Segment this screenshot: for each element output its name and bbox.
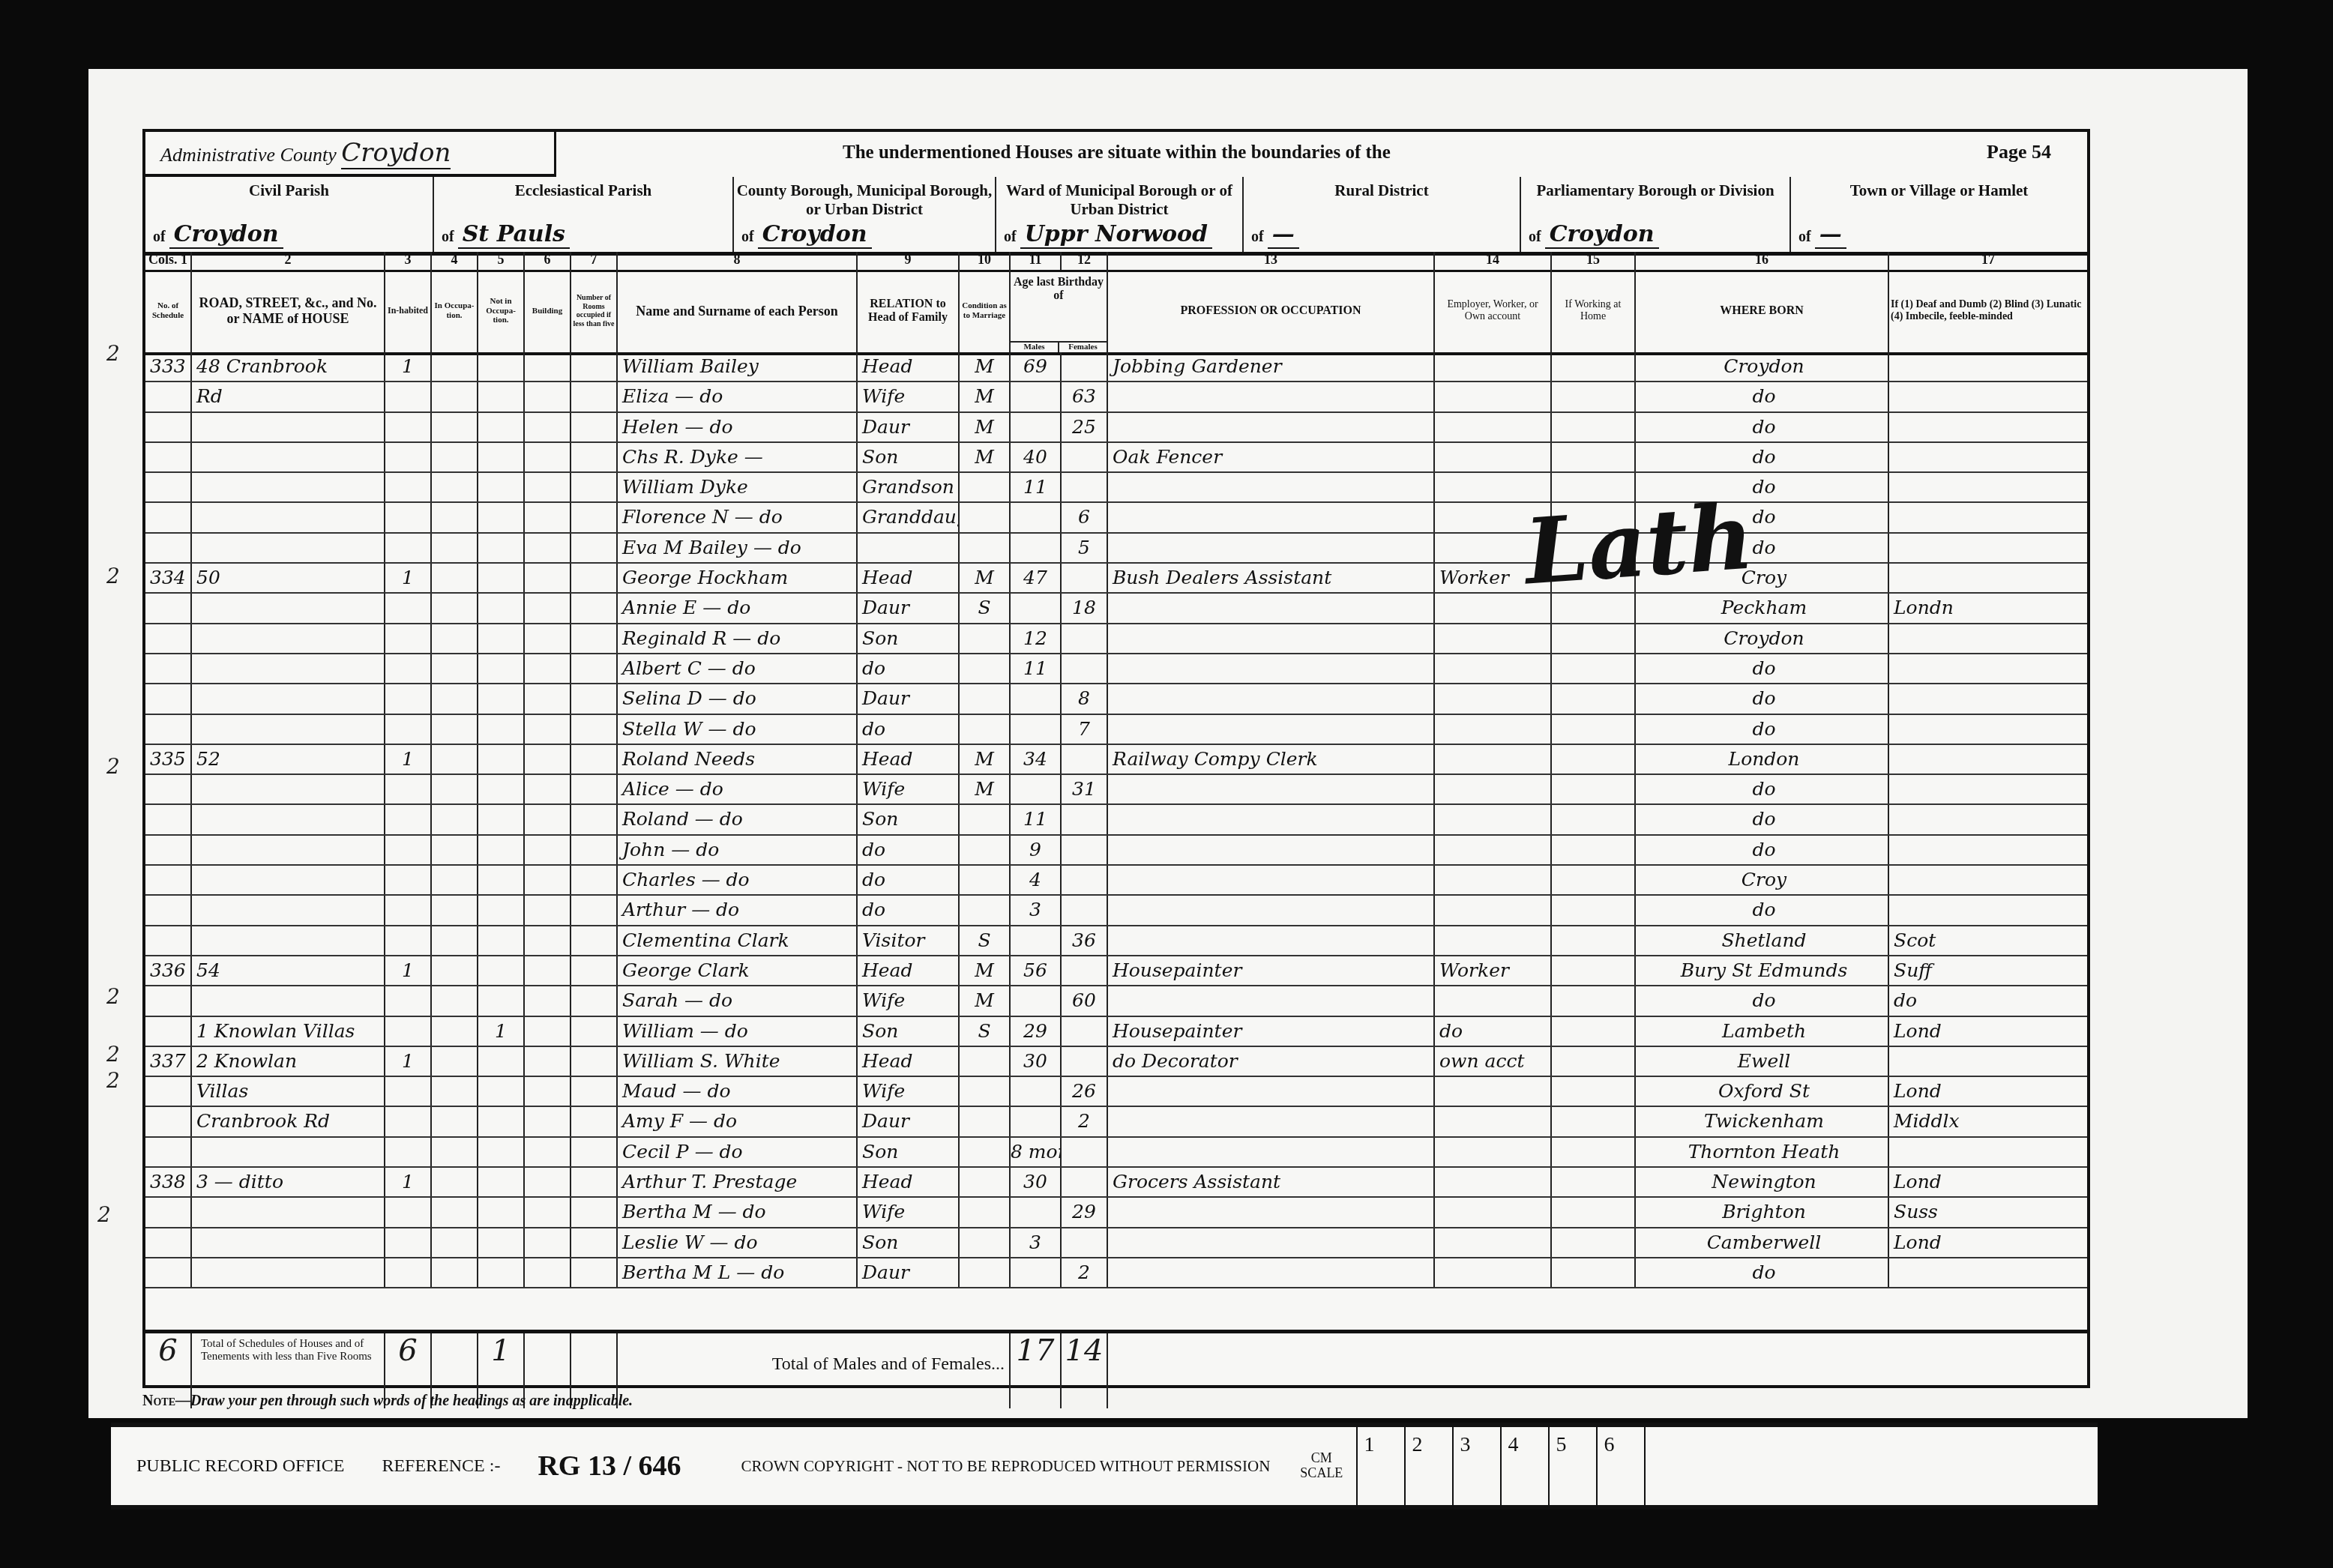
female-age-cell: [1062, 564, 1108, 592]
working-home-cell: [1552, 1107, 1636, 1136]
in-occupation-cell: [432, 956, 478, 985]
town-village-hamlet: Town or Village or Hamlet of —: [1791, 177, 2087, 252]
inhabited-cell: [385, 1017, 432, 1046]
occupation-cell: [1108, 413, 1435, 441]
name-cell: Stella W — do: [618, 715, 858, 744]
address-cell: Cranbrook Rd: [192, 1107, 385, 1136]
working-home-cell: [1552, 715, 1636, 744]
working-home-cell: [1552, 413, 1636, 441]
infirmity-cell: [1889, 413, 2087, 441]
employer-cell: [1435, 1107, 1552, 1136]
female-age-cell: [1062, 1017, 1108, 1046]
in-occupation-cell: [432, 1047, 478, 1076]
working-home-cell: [1552, 1228, 1636, 1257]
inhabited-cell: 1: [385, 352, 432, 381]
column-headers: No. of Schedule ROAD, STREET, &c., and N…: [145, 270, 2087, 355]
col-num: 6: [525, 252, 571, 270]
rooms-cell: [571, 805, 618, 833]
occupation-cell: [1108, 1198, 1435, 1226]
schedule-cell: [145, 715, 192, 744]
working-home-cell: [1552, 1168, 1636, 1196]
occupation-cell: [1108, 382, 1435, 411]
female-age-cell: 29: [1062, 1198, 1108, 1226]
condition-cell: [960, 1168, 1011, 1196]
division-value: —: [1268, 221, 1299, 249]
male-age-cell: 4: [1011, 866, 1062, 894]
building-cell: [525, 684, 571, 713]
building-cell: [525, 1168, 571, 1196]
in-occupation-cell: [432, 654, 478, 683]
inhabited-cell: [385, 1198, 432, 1226]
in-occupation-cell: [432, 352, 478, 381]
working-home-cell: [1552, 745, 1636, 774]
occupation-cell: [1108, 986, 1435, 1015]
relation-cell: Son: [858, 1228, 960, 1257]
rooms-cell: [571, 443, 618, 471]
condition-cell: [960, 805, 1011, 833]
inhabited-cell: [385, 805, 432, 833]
address-cell: [192, 1228, 385, 1257]
header-address: ROAD, STREET, &c., and No. or NAME of HO…: [192, 270, 385, 352]
male-age-cell: 9: [1011, 836, 1062, 864]
margin-mark: 2: [106, 341, 120, 366]
occupation-cell: Housepainter: [1108, 956, 1435, 985]
employer-cell: [1435, 1258, 1552, 1287]
female-age-cell: [1062, 836, 1108, 864]
admin-county-label: Administrative County: [160, 144, 337, 166]
relation-cell: Wife: [858, 986, 960, 1015]
name-cell: Reginald R — do: [618, 624, 858, 653]
rooms-cell: [571, 775, 618, 803]
male-age-cell: 3: [1011, 1228, 1062, 1257]
schedule-cell: 334: [145, 564, 192, 592]
scale-label: CMSCALE: [1300, 1451, 1343, 1481]
rooms-cell: [571, 503, 618, 531]
margin-mark: 2: [106, 1042, 120, 1067]
header-occupation: PROFESSION OR OCCUPATION: [1108, 270, 1435, 352]
note-text: —Draw your pen through such words of the…: [175, 1393, 633, 1409]
not-in-occupation-cell: [478, 654, 525, 683]
infirmity-cell: [1889, 775, 2087, 803]
form-title: The undermentioned Houses are situate wi…: [843, 142, 1391, 163]
address-cell: 48 Cranbrook: [192, 352, 385, 381]
inhabited-cell: 1: [385, 956, 432, 985]
occupation-cell: [1108, 775, 1435, 803]
working-home-cell: [1552, 805, 1636, 833]
males-label: Males: [1011, 343, 1059, 352]
address-cell: [192, 1198, 385, 1226]
where-born-cell: do: [1636, 443, 1889, 471]
infirmity-cell: [1889, 352, 2087, 381]
occupation-cell: [1108, 836, 1435, 864]
not-in-occupation-cell: [478, 1077, 525, 1106]
building-cell: [525, 473, 571, 501]
building-cell: [525, 715, 571, 744]
male-age-cell: [1011, 1258, 1062, 1287]
footnote: Note—Draw your pen through such words of…: [142, 1393, 633, 1410]
employer-cell: [1435, 684, 1552, 713]
page-number: Page 54: [1987, 141, 2051, 163]
administrative-county: Administrative County Croydon: [145, 132, 556, 177]
infirmity-cell: [1889, 896, 2087, 924]
working-home-cell: [1552, 654, 1636, 683]
age-label: Age last Birthday of: [1011, 276, 1107, 304]
employer-cell: [1435, 382, 1552, 411]
margin-mark: 2: [106, 754, 120, 779]
female-age-cell: [1062, 443, 1108, 471]
table-row: 335521Roland NeedsHeadM34Railway Compy C…: [145, 745, 2087, 775]
where-born-cell: Ewell: [1636, 1047, 1889, 1076]
of-label: of: [1251, 229, 1264, 245]
not-in-occupation-cell: [478, 836, 525, 864]
occupation-cell: [1108, 926, 1435, 955]
occupation-cell: [1108, 534, 1435, 562]
occupation-cell: Oak Fencer: [1108, 443, 1435, 471]
division-label: Ecclesiastical Parish: [434, 181, 732, 200]
rooms-cell: [571, 896, 618, 924]
schedule-cell: 336: [145, 956, 192, 985]
name-cell: Annie E — do: [618, 594, 858, 622]
table-row: Stella W — dodo7do: [145, 715, 2087, 745]
where-born-cell: Shetland: [1636, 926, 1889, 955]
working-home-cell: [1552, 836, 1636, 864]
building-cell: [525, 775, 571, 803]
inhabited-cell: [385, 775, 432, 803]
rooms-cell: [571, 1198, 618, 1226]
condition-cell: [960, 1107, 1011, 1136]
header-condition: Condition as to Marriage: [960, 270, 1011, 352]
building-cell: [525, 594, 571, 622]
condition-cell: [960, 1228, 1011, 1257]
relation-cell: do: [858, 866, 960, 894]
rooms-cell: [571, 1107, 618, 1136]
name-cell: Roland Needs: [618, 745, 858, 774]
inhabited-cell: [385, 896, 432, 924]
where-born-cell: Newington: [1636, 1168, 1889, 1196]
building-cell: [525, 1228, 571, 1257]
division-value: Croydon: [1545, 221, 1659, 249]
in-occupation-cell: [432, 805, 478, 833]
of-label: of: [1004, 229, 1017, 245]
relation-cell: Son: [858, 1138, 960, 1166]
in-occupation-cell: [432, 1017, 478, 1046]
female-age-cell: 18: [1062, 594, 1108, 622]
name-cell: Albert C — do: [618, 654, 858, 683]
relation-cell: Son: [858, 443, 960, 471]
infirmity-cell: [1889, 473, 2087, 501]
name-cell: Chs R. Dyke —: [618, 443, 858, 471]
where-born-cell: Twickenham: [1636, 1107, 1889, 1136]
name-cell: Charles — do: [618, 866, 858, 894]
schedule-cell: [145, 684, 192, 713]
occupation-cell: Jobbing Gardener: [1108, 352, 1435, 381]
building-cell: [525, 1138, 571, 1166]
annotation-lath: Lath: [1521, 484, 1756, 606]
building-cell: [525, 654, 571, 683]
not-in-occupation-cell: [478, 684, 525, 713]
address-cell: [192, 473, 385, 501]
rooms-cell: [571, 413, 618, 441]
total-mf-label: Total of Males and of Females...: [618, 1333, 1011, 1408]
name-cell: Roland — do: [618, 805, 858, 833]
condition-cell: [960, 896, 1011, 924]
where-born-cell: Oxford St: [1636, 1077, 1889, 1106]
where-born-cell: do: [1636, 684, 1889, 713]
name-cell: Arthur — do: [618, 896, 858, 924]
margin-mark: 2: [106, 564, 120, 588]
name-cell: John — do: [618, 836, 858, 864]
employer-cell: [1435, 1228, 1552, 1257]
relation-cell: Granddaughter: [858, 503, 960, 531]
employer-cell: [1435, 1168, 1552, 1196]
not-in-occupation-cell: [478, 624, 525, 653]
building-cell: [525, 382, 571, 411]
female-age-cell: 2: [1062, 1107, 1108, 1136]
name-cell: Alice — do: [618, 775, 858, 803]
in-occupation-cell: [432, 715, 478, 744]
occupation-cell: [1108, 1138, 1435, 1166]
inhabited-cell: [385, 866, 432, 894]
not-in-occupation-cell: [478, 775, 525, 803]
relation-cell: Visitor: [858, 926, 960, 955]
female-age-cell: [1062, 473, 1108, 501]
inhabited-cell: [385, 443, 432, 471]
relation-cell: Daur: [858, 1107, 960, 1136]
working-home-cell: [1552, 1077, 1636, 1106]
employer-cell: [1435, 1077, 1552, 1106]
rooms-cell: [571, 594, 618, 622]
condition-cell: S: [960, 1017, 1011, 1046]
employer-cell: [1435, 715, 1552, 744]
infirmity-cell: [1889, 1258, 2087, 1287]
male-age-cell: 3: [1011, 896, 1062, 924]
building-cell: [525, 1047, 571, 1076]
table-body: 33348 Cranbrook1William BaileyHeadM69Job…: [145, 352, 2087, 1288]
schedule-cell: [145, 805, 192, 833]
ecclesiastical-parish: Ecclesiastical Parish of St Pauls: [434, 177, 734, 252]
table-row: Cranbrook RdAmy F — doDaur2TwickenhamMid…: [145, 1107, 2087, 1137]
name-cell: Amy F — do: [618, 1107, 858, 1136]
female-age-cell: [1062, 956, 1108, 985]
schedule-cell: [145, 534, 192, 562]
where-born-cell: do: [1636, 896, 1889, 924]
infirmity-cell: [1889, 443, 2087, 471]
inhabited-cell: [385, 684, 432, 713]
where-born-cell: Croy: [1636, 866, 1889, 894]
name-cell: William Dyke: [618, 473, 858, 501]
building-cell: [525, 745, 571, 774]
male-age-cell: 29: [1011, 1017, 1062, 1046]
working-home-cell: [1552, 1198, 1636, 1226]
scale-cell: 4: [1500, 1427, 1548, 1505]
address-cell: [192, 986, 385, 1015]
county-borough: County Borough, Municipal Borough, or Ur…: [734, 177, 996, 252]
male-age-cell: [1011, 382, 1062, 411]
working-home-cell: [1552, 866, 1636, 894]
female-age-cell: [1062, 745, 1108, 774]
females-label: Females: [1059, 343, 1107, 352]
in-occupation-cell: [432, 1107, 478, 1136]
in-occupation-cell: [432, 896, 478, 924]
header-inhabited: In-habited: [385, 270, 432, 352]
where-born-cell: do: [1636, 715, 1889, 744]
condition-cell: M: [960, 413, 1011, 441]
schedule-cell: [145, 594, 192, 622]
col-num: Cols. 1: [145, 252, 192, 270]
building-cell: [525, 1198, 571, 1226]
occupation-cell: [1108, 473, 1435, 501]
in-occupation-cell: [432, 1228, 478, 1257]
rooms-cell: [571, 986, 618, 1015]
working-home-cell: [1552, 956, 1636, 985]
schedule-cell: [145, 1077, 192, 1106]
relation-cell: Son: [858, 1017, 960, 1046]
relation-cell: Wife: [858, 1198, 960, 1226]
building-cell: [525, 986, 571, 1015]
address-cell: [192, 836, 385, 864]
name-cell: Maud — do: [618, 1077, 858, 1106]
employer-cell: [1435, 775, 1552, 803]
relation-cell: do: [858, 836, 960, 864]
occupation-cell: [1108, 503, 1435, 531]
division-label: County Borough, Municipal Borough, or Ur…: [734, 181, 995, 219]
male-age-cell: [1011, 775, 1062, 803]
infirmity-cell: Middlx: [1889, 1107, 2087, 1136]
rooms-cell: [571, 564, 618, 592]
male-age-cell: [1011, 1107, 1062, 1136]
col-num: 17: [1889, 252, 2087, 270]
occupation-cell: [1108, 715, 1435, 744]
name-cell: Clementina Clark: [618, 926, 858, 955]
female-age-cell: 5: [1062, 534, 1108, 562]
address-cell: [192, 715, 385, 744]
scale-cell: [1644, 1427, 1727, 1505]
of-label: of: [741, 229, 754, 245]
name-cell: Selina D — do: [618, 684, 858, 713]
female-age-cell: 2: [1062, 1258, 1108, 1287]
condition-cell: [960, 1077, 1011, 1106]
infirmity-cell: [1889, 503, 2087, 531]
male-age-cell: 30: [1011, 1168, 1062, 1196]
schedule-cell: [145, 1258, 192, 1287]
where-born-cell: Camberwell: [1636, 1228, 1889, 1257]
not-in-occupation-cell: [478, 413, 525, 441]
condition-cell: [960, 1047, 1011, 1076]
header-age: Age last Birthday of Males Females: [1011, 270, 1108, 352]
relation-cell: Head: [858, 564, 960, 592]
not-in-occupation-cell: [478, 594, 525, 622]
inhabited-cell: [385, 534, 432, 562]
table-row: 3372 Knowlan1William S. WhiteHead30do De…: [145, 1047, 2087, 1077]
female-age-cell: 31: [1062, 775, 1108, 803]
infirmity-cell: Lond: [1889, 1168, 2087, 1196]
schedule-cell: 333: [145, 352, 192, 381]
header-employer: Employer, Worker, or Own account: [1435, 270, 1552, 352]
scale-label-scale: SCALE: [1300, 1466, 1343, 1481]
relation-cell: Daur: [858, 684, 960, 713]
col-num: 4: [432, 252, 478, 270]
table-row: Leslie W — doSon3CamberwellLond: [145, 1228, 2087, 1258]
schedule-cell: [145, 926, 192, 955]
male-age-cell: [1011, 413, 1062, 441]
office-label: PUBLIC RECORD OFFICE: [136, 1456, 344, 1477]
employer-cell: [1435, 836, 1552, 864]
where-born-cell: Thornton Heath: [1636, 1138, 1889, 1166]
where-born-cell: Lambeth: [1636, 1017, 1889, 1046]
not-in-occupation-cell: 1: [478, 1017, 525, 1046]
infirmity-cell: [1889, 1047, 2087, 1076]
relation-cell: Son: [858, 624, 960, 653]
address-cell: 54: [192, 956, 385, 985]
not-in-occupation-cell: [478, 1168, 525, 1196]
building-cell: [525, 352, 571, 381]
address-cell: Rd: [192, 382, 385, 411]
infirmity-cell: [1889, 1138, 2087, 1166]
male-age-cell: 11: [1011, 654, 1062, 683]
condition-cell: [960, 715, 1011, 744]
infirmity-cell: [1889, 382, 2087, 411]
occupation-cell: [1108, 594, 1435, 622]
condition-cell: S: [960, 926, 1011, 955]
not-in-occupation-cell: [478, 443, 525, 471]
working-home-cell: [1552, 624, 1636, 653]
inhabited-cell: 1: [385, 1047, 432, 1076]
rooms-cell: [571, 624, 618, 653]
note-prefix: Note: [142, 1393, 175, 1409]
female-age-cell: [1062, 654, 1108, 683]
inhabited-cell: [385, 382, 432, 411]
scale-cell: 3: [1452, 1427, 1500, 1505]
occupation-cell: [1108, 805, 1435, 833]
rooms-cell: [571, 1138, 618, 1166]
infirmity-cell: [1889, 534, 2087, 562]
rooms-cell: [571, 1047, 618, 1076]
rooms-cell: [571, 684, 618, 713]
building-cell: [525, 956, 571, 985]
building-cell: [525, 564, 571, 592]
in-occupation-cell: [432, 1258, 478, 1287]
condition-cell: [960, 684, 1011, 713]
male-age-cell: [1011, 926, 1062, 955]
schedule-cell: [145, 1198, 192, 1226]
female-age-cell: 6: [1062, 503, 1108, 531]
name-cell: Leslie W — do: [618, 1228, 858, 1257]
address-cell: [192, 654, 385, 683]
relation-cell: Wife: [858, 775, 960, 803]
inhabited-cell: [385, 413, 432, 441]
relation-cell: Daur: [858, 1258, 960, 1287]
in-occupation-cell: [432, 503, 478, 531]
infirmity-cell: [1889, 654, 2087, 683]
employer-cell: do: [1435, 1017, 1552, 1046]
relation-cell: Daur: [858, 594, 960, 622]
boundary-divisions: Civil Parish of Croydon Ecclesiastical P…: [145, 177, 2087, 256]
inhabited-cell: [385, 1107, 432, 1136]
where-born-cell: do: [1636, 382, 1889, 411]
working-home-cell: [1552, 352, 1636, 381]
col-num: 2: [192, 252, 385, 270]
condition-cell: [960, 866, 1011, 894]
where-born-cell: Croydon: [1636, 352, 1889, 381]
male-age-cell: [1011, 684, 1062, 713]
header-name: Name and Surname of each Person: [618, 270, 858, 352]
table-row: 1 Knowlan Villas1William — doSonS29House…: [145, 1017, 2087, 1047]
working-home-cell: [1552, 382, 1636, 411]
scale-cell: 6: [1596, 1427, 1644, 1505]
inhabited-cell: [385, 715, 432, 744]
table-row: Clementina ClarkVisitorS36ShetlandScot: [145, 926, 2087, 956]
name-cell: Bertha M — do: [618, 1198, 858, 1226]
